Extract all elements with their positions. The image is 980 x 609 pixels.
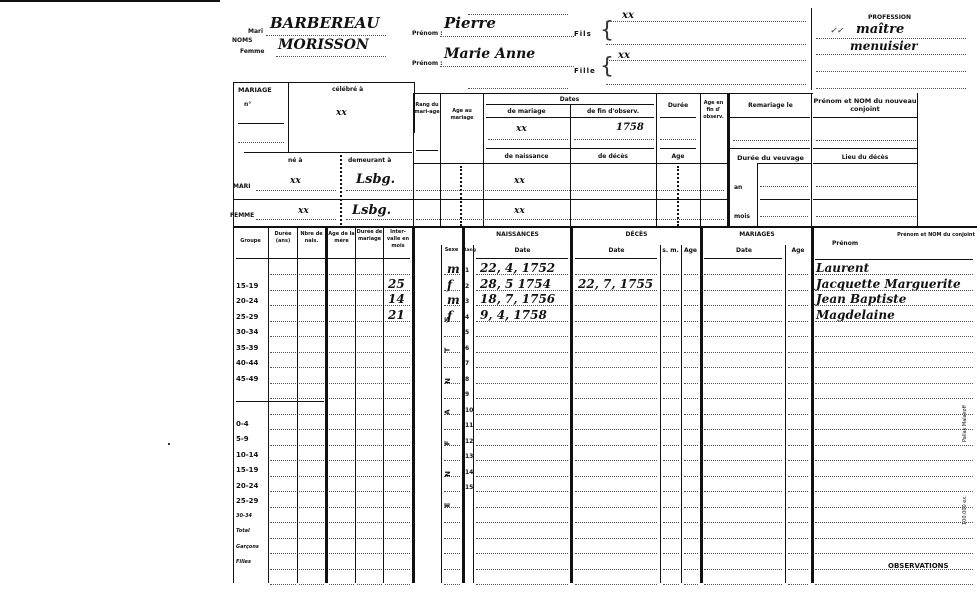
- femme-demeurant: Lsbg.: [352, 203, 391, 218]
- col-prenom-conjoint: Prénom et NOM du conjoint: [895, 232, 977, 239]
- de-naissance-label: de naissance: [483, 153, 570, 160]
- profession-line1: maître: [856, 22, 904, 37]
- mari-demeurant: Lsbg.: [356, 172, 395, 187]
- femme-prenom: Marie Anne: [444, 46, 535, 62]
- col-naissance-date: Date: [475, 247, 570, 254]
- mois-label: mois: [734, 213, 750, 220]
- groupe-label: 20-24: [236, 297, 258, 305]
- rang-mariage-label: Rang du mari-age: [414, 102, 440, 116]
- femme-label: Femme: [240, 48, 265, 55]
- age-col-label: Age: [656, 153, 700, 160]
- col-duree-mariage: Durée de mariage: [356, 229, 383, 243]
- rang-number: 1: [465, 267, 469, 274]
- col-duree: Durée (ans): [269, 231, 297, 245]
- fils-brace: {: [600, 20, 614, 42]
- col-sm: s. m.: [660, 247, 681, 254]
- vertical-letter: S: [444, 316, 452, 321]
- col-prenom: Prénom: [832, 240, 858, 247]
- deces-date: 22, 7, 1755: [578, 277, 653, 291]
- lieu-deces-label: Lieu du décès: [813, 154, 917, 161]
- celebre-value: xx: [336, 108, 347, 118]
- an-label: an: [734, 184, 742, 191]
- intervalle-value: 25: [388, 277, 405, 291]
- rang-number: 14: [465, 469, 473, 476]
- prenom-label-mari: Prénom :: [412, 30, 443, 37]
- rang-number: 7: [465, 360, 469, 367]
- observations-label: OBSERVATIONS: [888, 562, 949, 570]
- prenom-value: Jacquette Marguerite: [816, 277, 961, 291]
- naissance-date: 9, 4, 1758: [480, 308, 547, 322]
- prenom-value: Laurent: [816, 261, 869, 275]
- vertical-letter: N: [444, 378, 452, 384]
- scan-edge: [0, 0, 220, 2]
- duree-veuvage-label: Durée du veuvage: [730, 154, 811, 162]
- mari-naissance-value: xx: [514, 176, 525, 186]
- rang-number: 4: [465, 314, 469, 321]
- prenom-nom-nouveau-conjoint-label: Prénom et NOM du nouveau conjoint: [813, 97, 917, 113]
- rang-number: 10: [465, 407, 473, 414]
- rang-number: 2: [465, 283, 469, 290]
- col-rang: Rang: [463, 247, 473, 254]
- col-deces-date: Date: [573, 247, 660, 254]
- naissance-date: 22, 4, 1752: [480, 261, 555, 275]
- prenom-value: Magdelaine: [816, 308, 895, 322]
- mari-prenom: Pierre: [444, 14, 496, 32]
- noms-label: NOMS: [232, 37, 252, 44]
- age-fin-label: Age en fin d' observ.: [700, 100, 727, 121]
- rang-number: 12: [465, 438, 473, 445]
- prenom-value: Jean Baptiste: [816, 292, 906, 306]
- col-age-mere: Age de la mère: [328, 231, 355, 245]
- femme-ne-a: xx: [298, 206, 309, 216]
- groupe-label: 10-14: [236, 451, 258, 459]
- groupe-label: 15-19: [236, 466, 258, 474]
- groupe-label: Total: [236, 528, 250, 534]
- groupe-label: 15-19: [236, 282, 258, 290]
- scan-speck: [168, 443, 170, 445]
- col-deces: DÉCÈS: [573, 231, 700, 238]
- vertical-letter: N: [444, 471, 452, 477]
- col-mariages: MARIAGES: [703, 231, 811, 238]
- mari-row-label: MARI: [233, 183, 250, 190]
- rang-number: 11: [465, 422, 473, 429]
- prenom-label-femme: Prénom :: [412, 60, 443, 67]
- naissance-date: 28, 5 1754: [480, 277, 551, 291]
- fin-observ-label: de fin d'observ.: [570, 108, 656, 115]
- de-deces-label: de décès: [570, 153, 656, 160]
- printer-text: Pallas Malakoff: [962, 405, 968, 442]
- groupe-label: 20-24: [236, 482, 258, 490]
- vertical-letter: A: [444, 409, 452, 414]
- rang-number: 13: [465, 453, 473, 460]
- groupe-label: Garçons: [236, 544, 259, 550]
- de-mariage-label: de mariage: [483, 108, 570, 115]
- groupe-label: 45-49: [236, 375, 258, 383]
- rang-number: 9: [465, 391, 469, 398]
- duree-label: Durée: [656, 102, 700, 109]
- col-groupe: Groupe: [233, 238, 268, 245]
- groupe-label: 25-29: [236, 497, 258, 505]
- vertical-letter: T: [443, 348, 451, 353]
- profession-line2: menuisier: [850, 39, 918, 53]
- groupe-label: 5-9: [236, 435, 249, 443]
- groupe-label: 0-4: [236, 420, 249, 428]
- rang-number: 15: [465, 484, 473, 491]
- no-label: n°: [244, 101, 251, 108]
- rang-number: 6: [465, 345, 469, 352]
- fils-mark: xx: [622, 10, 634, 21]
- groupe-label: 35-39: [236, 344, 258, 352]
- mari-nom: BARBEREAU: [270, 14, 380, 32]
- groupe-label: 25-29: [236, 313, 258, 321]
- col-sexe: Sexe: [441, 247, 462, 254]
- age-mariage-label: Age au mariage: [441, 108, 483, 122]
- fils-label: Fils: [574, 30, 592, 38]
- groupe-label: 30-34: [236, 513, 252, 519]
- col-deces-age: Age: [681, 247, 700, 254]
- mariage-title: MARIAGE: [238, 86, 272, 94]
- fille-label: Fille: [574, 67, 596, 75]
- intervalle-value: 21: [388, 308, 405, 322]
- celebre-label: célébré à: [332, 86, 363, 93]
- intervalle-value: 14: [388, 292, 405, 306]
- col-mariage-age: Age: [785, 247, 811, 254]
- col-naissances: NAISSANCES: [465, 231, 570, 238]
- groupe-label: 30-34: [236, 328, 258, 336]
- mari-ne-a: xx: [290, 176, 301, 186]
- vertical-letter: E: [443, 503, 451, 508]
- dates-title: Dates: [483, 96, 656, 103]
- vertical-letter: F: [443, 441, 451, 446]
- col-mariage-date: Date: [703, 247, 785, 254]
- groupe-label: Filles: [236, 559, 251, 565]
- col-intervalle: Inter-valle en mois: [384, 229, 412, 250]
- ne-a-label: né à: [288, 157, 302, 164]
- rang-number: 5: [465, 329, 469, 336]
- profession-label: PROFESSION: [868, 14, 911, 21]
- femme-naissance-value: xx: [514, 206, 525, 216]
- col-nbre: Nbre de nais.: [298, 231, 325, 245]
- demeurant-label: demeurant à: [348, 157, 391, 164]
- naissance-date: 18, 7, 1756: [480, 292, 555, 306]
- remariage-label: Remariage le: [730, 102, 811, 109]
- rang-number: 3: [465, 298, 469, 305]
- femme-nom: MORISSON: [278, 37, 369, 53]
- rang-number: 8: [465, 376, 469, 383]
- print-run-text: 100.000 ex.: [962, 495, 968, 525]
- groupe-label: 40-44: [236, 359, 258, 367]
- de-mariage-value: xx: [516, 124, 527, 134]
- fin-observ-value: 1758: [616, 122, 644, 133]
- profession-mark: ✓✓: [830, 25, 843, 35]
- mari-label: Mari: [248, 28, 263, 35]
